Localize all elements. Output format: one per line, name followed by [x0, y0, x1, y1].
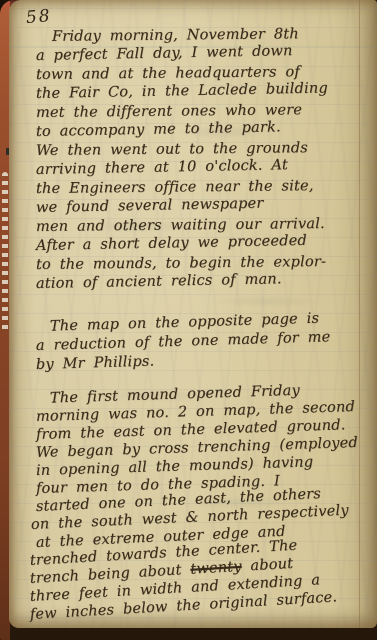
- paragraph-3: The first mound opened Friday morning wa…: [36, 390, 366, 624]
- journal-page: 58 Friday morning, November 8th a perfec…: [9, 0, 377, 628]
- page-number: 58: [25, 6, 52, 28]
- paragraph-1: Friday morning, November 8th a perfect F…: [36, 28, 366, 294]
- stitching: [2, 172, 8, 334]
- strike-after: about: [241, 556, 293, 575]
- handwriting: Friday morning, November 8th a perfect F…: [36, 28, 366, 624]
- struck-word: twenty: [190, 559, 242, 578]
- paragraph-2: The map on the opposite page is a reduct…: [36, 318, 366, 375]
- journal-book: 58 Friday morning, November 8th a perfec…: [0, 0, 377, 640]
